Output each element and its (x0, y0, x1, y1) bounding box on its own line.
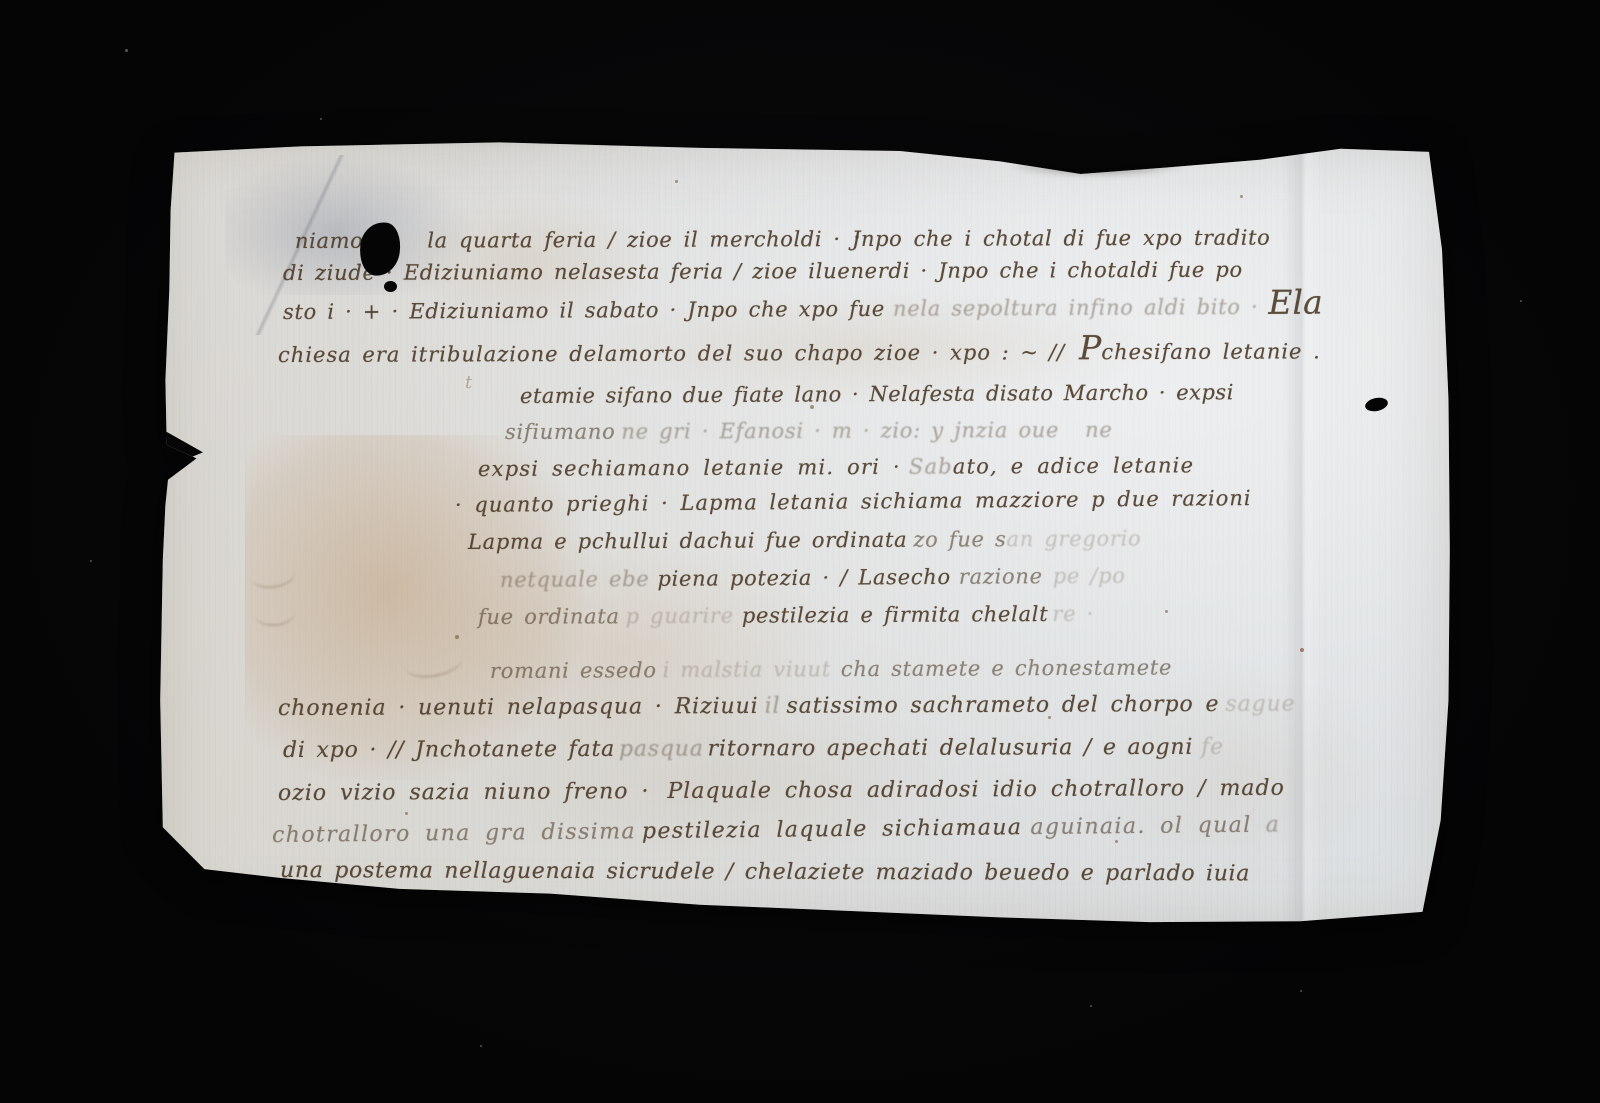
line-segment: aguinaia. ol qual (1030, 813, 1252, 841)
photo-backdrop: t niamola quarta feria / zioe il merchol… (0, 0, 1600, 1103)
line-segment: nela sepoltura infino aldi bito · (893, 294, 1259, 322)
line-segment: sifiumano (505, 419, 616, 445)
line-segment: di xpo · // Jnchotanete fata (283, 737, 615, 764)
manuscript-line: · quanto prieghi · Lapma letania sichiam… (455, 485, 1252, 518)
manuscript-page: t niamola quarta feria / zioe il merchol… (0, 0, 1600, 1103)
line-segment: P (1079, 335, 1101, 361)
manuscript-line: romani essedoi malstia viuutcha stamete … (490, 654, 1172, 684)
line-segment: Lapma e pchullui dachui fue ordinata (468, 527, 907, 555)
worm-hole-small (384, 281, 397, 292)
line-segment: fe (1201, 735, 1224, 761)
manuscript-line: chotralloro una gra dissimapestilezia la… (272, 812, 1280, 849)
line-segment: sto i · + · Ediziuniamo il sabato · Jnpo… (283, 296, 885, 325)
line-segment: expsi sechiamano letanie mi. ori · (478, 454, 901, 482)
line-segment: · quanto prieghi · Lapma letania sichiam… (455, 485, 1252, 518)
manuscript-line: sifiumanone gri · Efanosi · m · zio: y j… (505, 417, 1113, 445)
manuscript-line: di ziude · Ediziuniamo nelasesta feria /… (283, 257, 1243, 286)
text-block: niamola quarta feria / zioe il mercholdi… (155, 140, 1455, 930)
line-segment: chiesa era itribulazione delamorto del s… (278, 339, 1039, 368)
line-segment: pasqua (619, 737, 704, 763)
line-segment: ne gri · Efanosi · m · zio: y jnzia oue (621, 417, 1059, 445)
line-segment: chesifano letanie . (1101, 338, 1321, 365)
line-segment: pestilezia laquale sichiamaua (642, 815, 1023, 845)
manuscript-line: sto i · + · Ediziuniamo il sabato · Jnpo… (283, 290, 1323, 325)
line-segment: Plaquale chosa adiradosi idio chotrallor… (667, 776, 1285, 805)
line-segment: // (1049, 339, 1065, 365)
line-segment: p guarire (626, 603, 734, 630)
line-segment: an gregorio (1006, 525, 1141, 552)
line-segment: ritornaro apechati delalusuria / e aogni (708, 735, 1194, 763)
line-segment: ato, e adice letanie (953, 452, 1195, 479)
ink-speck (1135, 165, 1138, 168)
manuscript-line: una postema nellaguenaia sicrudele / che… (280, 858, 1250, 887)
line-segment: ne (1085, 417, 1112, 443)
manuscript-line: Lapma e pchullui dachui fue ordinatazo f… (468, 525, 1141, 555)
line-segment: razione (959, 563, 1043, 590)
line-segment: sague (1225, 692, 1295, 718)
line-segment: zo fue s (913, 526, 1006, 552)
line-segment: Ela (1268, 290, 1322, 316)
line-segment: ozio vizio sazia niuno freno · (278, 779, 650, 807)
line-segment: pe /po (1053, 563, 1126, 590)
line-segment: Sab (909, 454, 953, 480)
line-segment: di ziude · Ediziuniamo nelasesta feria /… (283, 257, 1243, 286)
manuscript-line: netquale ebepiena potezia · / Lasechoraz… (500, 563, 1126, 593)
line-segment: chonenia · uenuti nelapasqua · Riziuui (278, 694, 759, 722)
line-segment: chotralloro una gra dissima (272, 819, 636, 849)
line-segment: una postema nellaguenaia sicrudele / che… (280, 858, 1250, 887)
line-segment: il (765, 694, 781, 720)
line-segment: netquale ebe (500, 566, 650, 593)
paper-surface: t niamola quarta feria / zioe il merchol… (155, 140, 1455, 930)
manuscript-line: fue ordinatap guarirepestilezia e firmit… (478, 601, 1094, 630)
manuscript-line: chonenia · uenuti nelapasqua · Riziuuiil… (278, 692, 1296, 722)
line-segment: la quarta feria / zioe il mercholdi · Jn… (427, 225, 1270, 254)
manuscript-line: niamola quarta feria / zioe il mercholdi… (295, 225, 1270, 254)
line-segment: niamo (295, 228, 363, 254)
line-segment: satissimo sachrameto del chorpo e (786, 692, 1219, 720)
manuscript-line: expsi sechiamano letanie mi. ori ·Sabato… (478, 452, 1194, 482)
line-segment: cha stamete e chonestamete (841, 654, 1172, 682)
manuscript-line: ozio vizio sazia niuno freno ·Plaquale c… (278, 776, 1285, 807)
line-segment: piena potezia · / Lasecho (657, 564, 951, 592)
line-segment: re · (1052, 601, 1094, 627)
line-segment: fue ordinata (478, 603, 620, 630)
line-segment: i malstia viuut (663, 656, 831, 683)
manuscript-line: chiesa era itribulazione delamorto del s… (278, 334, 1321, 368)
manuscript-line: etamie sifano due fiate lano · Nelafesta… (520, 379, 1234, 409)
line-segment: romani essedo (490, 657, 657, 684)
manuscript-line: di xpo · // Jnchotanete fatapasquaritorn… (283, 735, 1224, 764)
line-segment: pestilezia e firmita chelalt (742, 601, 1049, 629)
line-segment: a (1266, 812, 1281, 838)
line-segment: etamie sifano due fiate lano · Nelafesta… (520, 379, 1234, 409)
